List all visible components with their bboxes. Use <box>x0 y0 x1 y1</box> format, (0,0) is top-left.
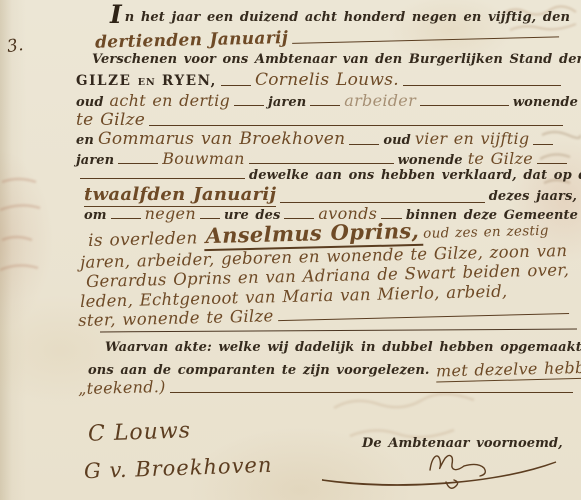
bleedthrough-marks-left <box>0 170 60 290</box>
municipality-part3: RYEN, <box>162 73 217 89</box>
blank-dash <box>284 204 314 219</box>
closing-clause-printed-text-2: ons aan de comparanten te zijn voorgelez… <box>88 363 430 378</box>
label-jaren: jaren <box>268 95 306 110</box>
label-jaren: jaren <box>76 153 114 168</box>
line-declaration-leadin: dewelke aan ons hebben verklaard, dat op… <box>76 168 577 183</box>
declarant2-name-handwritten: Gommarus van Broekhoven <box>98 129 345 149</box>
line-registration-date: dertienden Januarij <box>95 21 563 52</box>
blank-dash <box>537 149 567 164</box>
declarant2-age-handwritten: vier en vijftig <box>415 129 530 148</box>
line-municipality-declarant1: GILZE EN RYEN, Cornelis Louws. <box>76 70 565 90</box>
line-closing-clause-1: Waarvan akte: welke wij dadelijk in dubb… <box>105 340 577 355</box>
flourish-rule <box>403 70 561 86</box>
blank-dash <box>349 129 379 145</box>
declarant2-residence-handwritten: te Gilze <box>468 149 533 168</box>
declarant2-occupation-handwritten: Bouwman <box>162 149 245 168</box>
line-declarant2-occupation-residence: jaren Bouwman wonende te Gilze <box>76 149 571 168</box>
line-declarant1-age-occupation: oud acht en dertig jaren arbeider wonend… <box>76 91 578 110</box>
municipality-part2: EN <box>138 77 156 88</box>
municipality-part1: GILZE <box>76 73 131 89</box>
blank-dash <box>118 149 158 164</box>
line-declarant1-residence: te Gilze <box>76 110 567 130</box>
blank-dash <box>221 70 251 86</box>
blank-dash <box>200 204 220 219</box>
flourish-rule <box>420 91 509 106</box>
closing-signed-handwritten: „teekend.) <box>78 377 166 398</box>
death-hour-handwritten: negen <box>145 204 196 223</box>
witness2-signature: G v. Broekhoven <box>84 453 273 484</box>
closing-clause-printed-text-1: Waarvan akte: welke wij dadelijk in dubb… <box>105 340 581 355</box>
declarant1-name-handwritten: Cornelis Louws. <box>255 70 399 90</box>
death-record-document: 3. I n het jaar een duizend acht honderd… <box>0 0 581 500</box>
label-om: om <box>84 208 107 223</box>
closing-rule <box>100 329 577 333</box>
flourish-rule <box>381 204 402 219</box>
blank-dash <box>111 204 141 219</box>
label-wonende: wonende <box>513 95 578 110</box>
line-declarant2: en Gommarus van Broekhoven oud vier en v… <box>76 129 569 149</box>
label-en: en <box>76 133 94 148</box>
blank-dash <box>533 129 553 145</box>
label-oud: oud <box>76 95 104 110</box>
label-dezes-jaars: dezes jaars, <box>489 189 577 204</box>
flourish-rule <box>249 149 394 164</box>
label-wonende: wonende <box>398 153 463 168</box>
deceased-age-handwritten: oud zes en zestig <box>423 223 549 242</box>
line-closing-signed: „teekend.) <box>78 378 577 397</box>
label-oud: oud <box>383 133 411 148</box>
witness1-signature: C Louws <box>88 418 192 447</box>
line-appeared-before: Verschenen voor ons Ambtenaar van den Bu… <box>92 52 577 67</box>
declaration-printed-text: dewelke aan ons hebben verklaard, dat op… <box>249 168 581 183</box>
declarant1-age-handwritten: acht en dertig <box>110 91 231 110</box>
official-signature-flourish <box>318 448 572 496</box>
drop-cap-initial: I <box>110 8 122 22</box>
flourish-rule <box>170 378 573 393</box>
declarant1-residence-handwritten: te Gilze <box>76 110 145 130</box>
blank-dash <box>310 91 340 106</box>
flourish-rule <box>280 184 484 203</box>
municipality-name: GILZE EN RYEN, <box>76 73 217 89</box>
blank-dash <box>80 168 245 179</box>
deceased-residence-handwritten: ster, wonende te Gilze <box>78 306 274 330</box>
declarant1-occupation-handwritten: arbeider <box>344 91 416 110</box>
flourish-rule <box>149 110 563 126</box>
is-overleden-handwritten: is overleden <box>88 228 198 251</box>
act-number: 3. <box>6 35 25 57</box>
appeared-before-printed-text: Verschenen voor ons Ambtenaar van den Bu… <box>92 52 581 67</box>
blank-dash <box>234 91 264 106</box>
registration-date-handwritten: dertienden Januarij <box>95 28 289 53</box>
